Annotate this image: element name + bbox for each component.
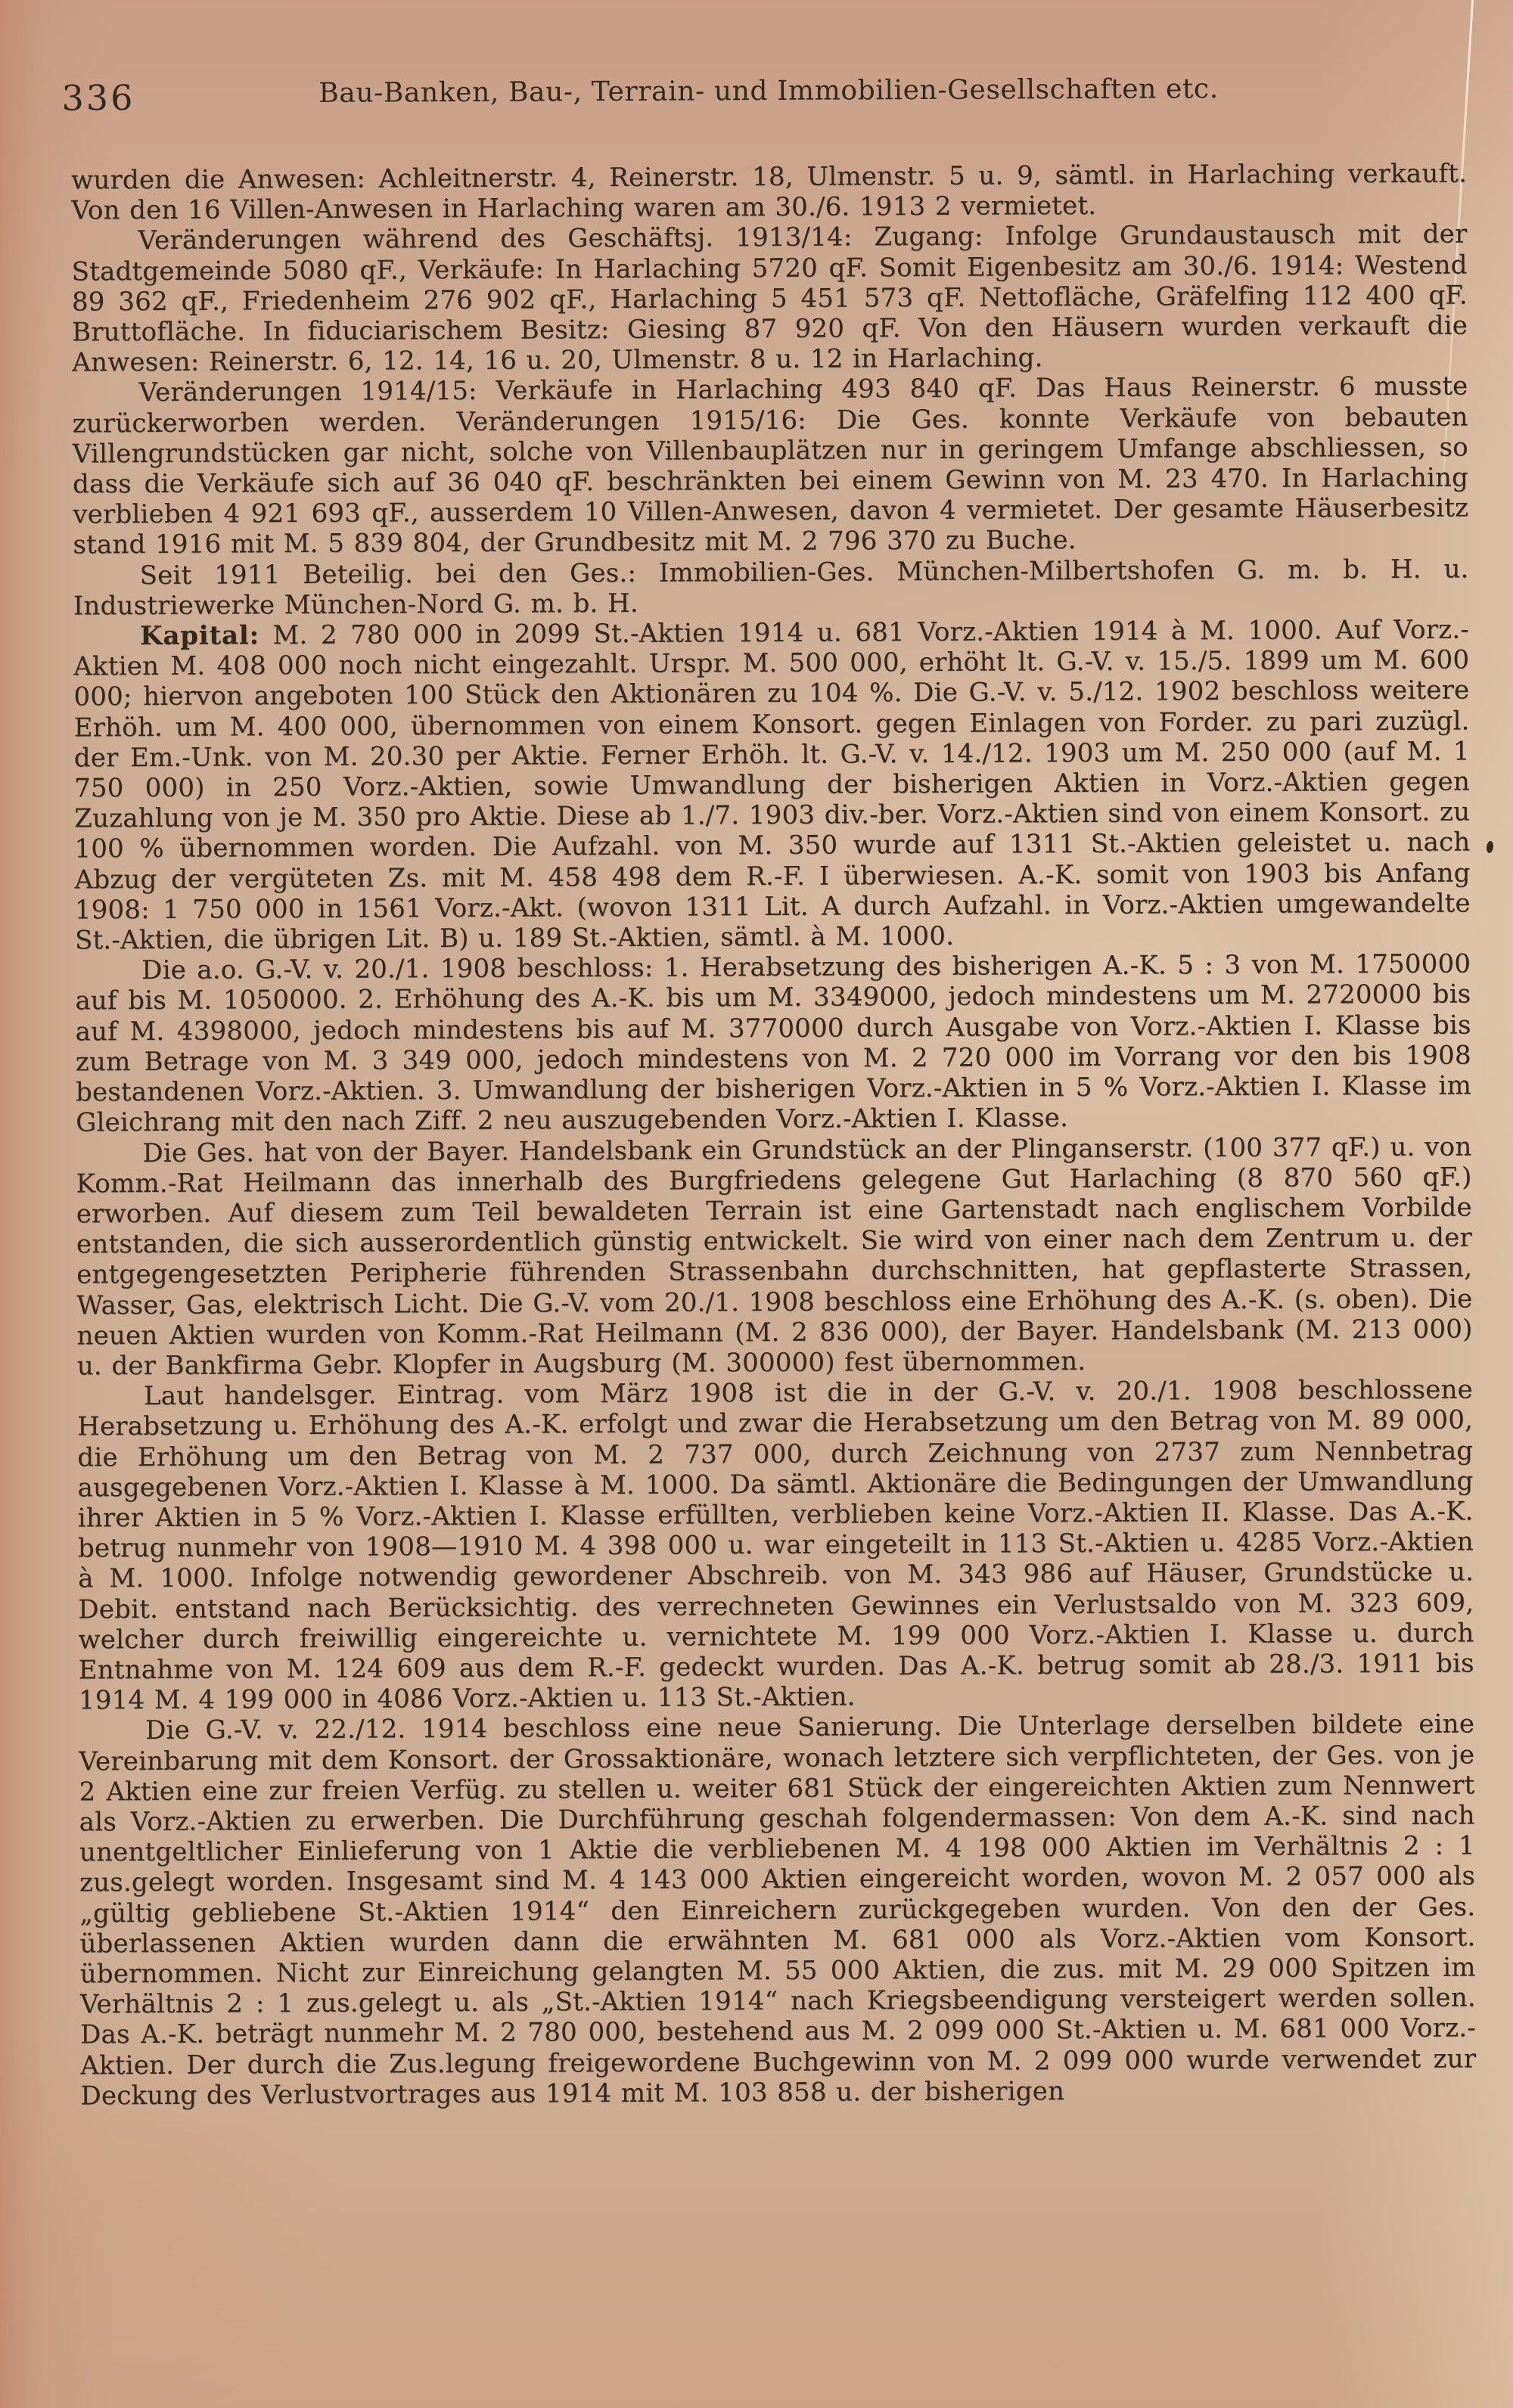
body-paragraph: Laut handelsger. Eintrag. vom März 1908 … [77,1375,1474,1716]
page-number: 336 [61,77,135,118]
body-paragraph: Die a.o. G.-V. v. 20./1. 1908 beschloss:… [75,949,1471,1138]
running-title: Bau-Banken, Bau-, Terrain- und Immobilie… [70,70,1466,110]
book-page: 336 Bau-Banken, Bau-, Terrain- und Immob… [0,0,1513,2408]
paragraph-text: M. 2 780 000 in 2099 St.-Aktien 1914 u. … [73,615,1471,956]
body-paragraph: Die G.-V. v. 22./12. 1914 beschloss eine… [79,1709,1477,2112]
page-header: 336 Bau-Banken, Bau-, Terrain- und Immob… [70,70,1466,123]
ink-spot [1486,840,1494,853]
body-text: wurden die Anwesen: Achleitnerstr. 4, Re… [71,159,1477,2112]
body-paragraph: Kapital: M. 2 780 000 in 2099 St.-Aktien… [73,615,1471,956]
body-paragraph: wurden die Anwesen: Achleitnerstr. 4, Re… [71,159,1467,226]
body-paragraph: Die Ges. hat von der Bayer. Handelsbank … [76,1131,1473,1382]
text-block: 336 Bau-Banken, Bau-, Terrain- und Immob… [70,70,1476,2112]
body-paragraph: Veränderungen 1914/15: Verkäufe in Harla… [72,371,1468,560]
body-paragraph: Veränderungen während des Geschäftsj. 19… [71,219,1468,378]
body-paragraph: Seit 1911 Beteilig. bei den Ges.: Immobi… [73,554,1469,621]
kapital-label: Kapital: [140,620,259,651]
